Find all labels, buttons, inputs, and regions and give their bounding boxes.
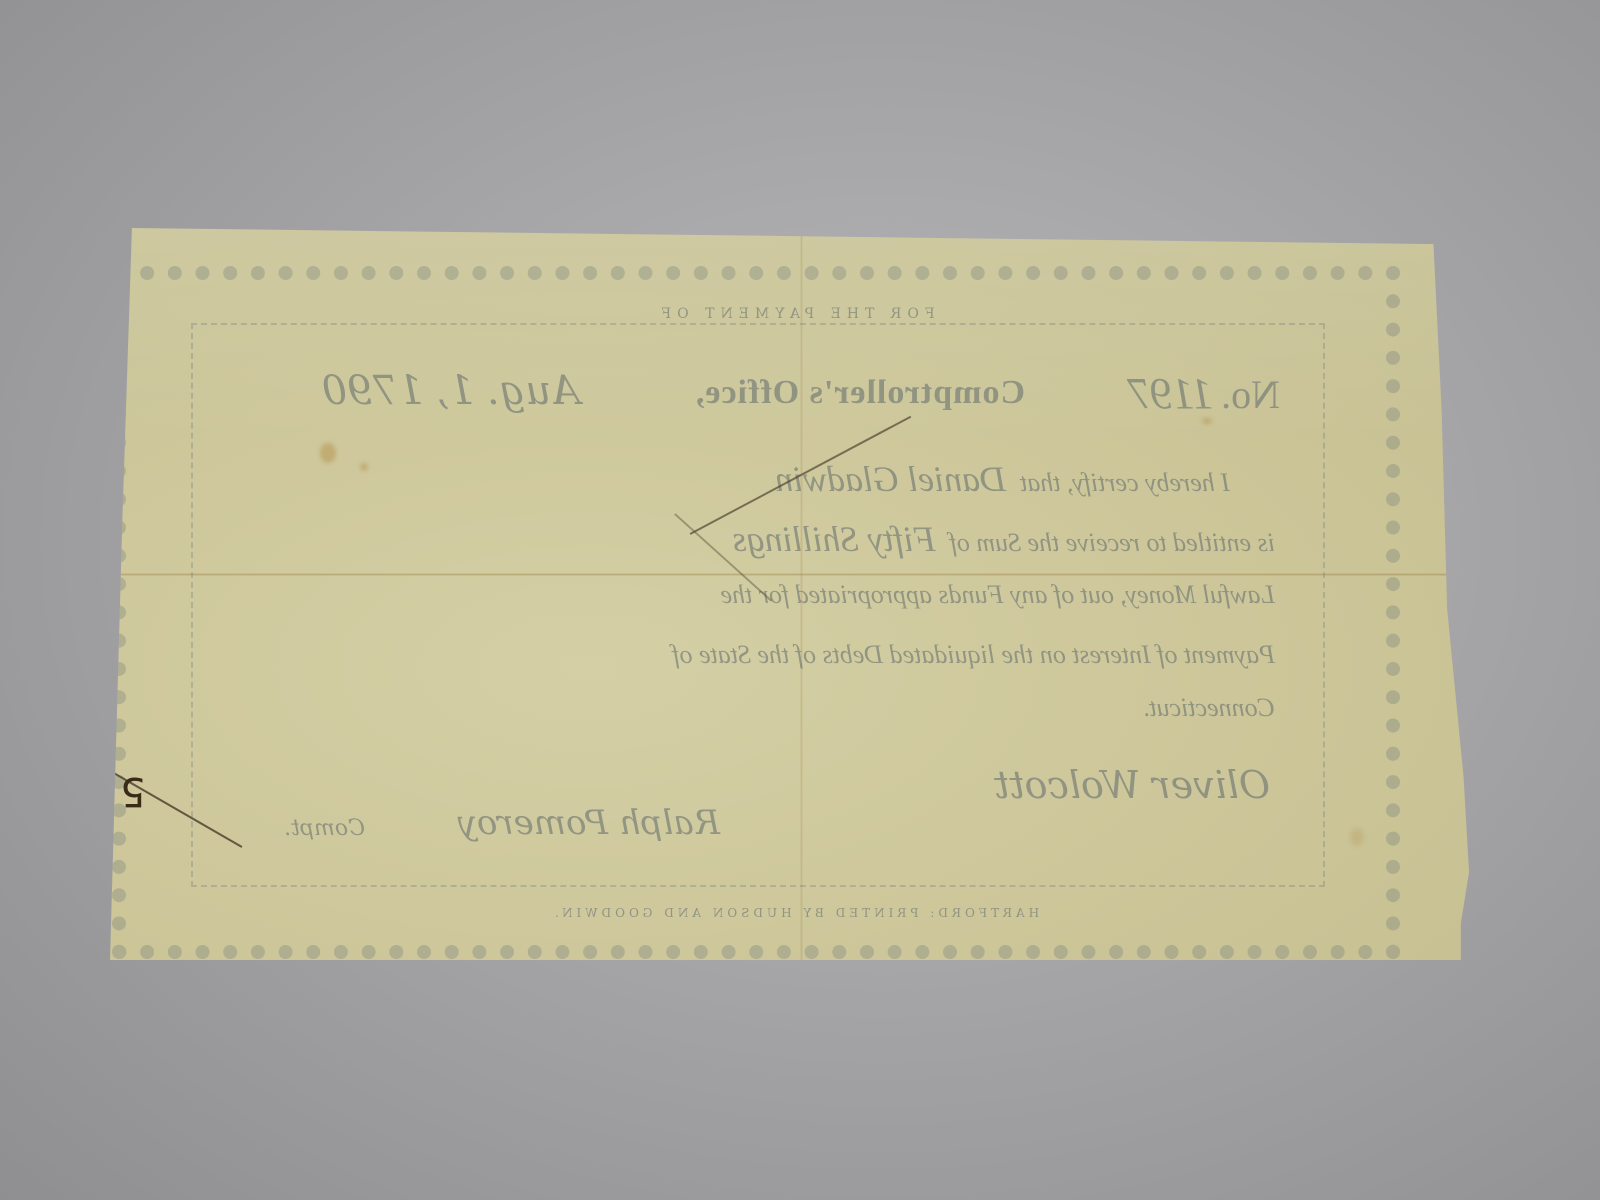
text-line-4: Payment of Interest on the liquidated De… [672,640,1275,670]
text-line-3: Lawful Money, out of any Funds appropria… [721,580,1275,610]
payee-name: Daniel Gladwin [775,459,1006,499]
certify-line: I hereby certify, thatDaniel Gladwin [775,458,1230,500]
pencil-number-mark: 5 [120,768,145,814]
certify-printed: I hereby certify, that [1020,468,1230,497]
mirrored-showthrough-text: FOR THE PAYMENT OF No.1197 Comptroller's… [110,228,1480,960]
amount-line: is entitled to receive the Sum ofFifty S… [733,518,1275,560]
number-value: 1197 [1128,369,1213,418]
printer-imprint: HARTFORD: PRINTED BY HUDSON AND GOODWIN. [110,906,1480,920]
amount-printed: is entitled to receive the Sum of [950,528,1275,557]
number-label: No. [1221,372,1280,417]
amount-value: Fifty Shillings [733,519,936,559]
certificate-number: No.1197 [1128,368,1280,419]
certificate-paper: FOR THE PAYMENT OF No.1197 Comptroller's… [110,228,1480,960]
header-text: FOR THE PAYMENT OF [110,306,1480,322]
signature-title: Compt. [284,816,365,841]
text-line-5: Connecticut. [1143,693,1275,723]
signature-wolcott: Oliver Wolcott [994,763,1270,807]
office-title: Comptroller's Office, [695,374,1025,412]
signature-pomeroy: Ralph Pomeroy [458,803,720,843]
date-handwritten: Aug. 1, 1790 [322,368,580,414]
